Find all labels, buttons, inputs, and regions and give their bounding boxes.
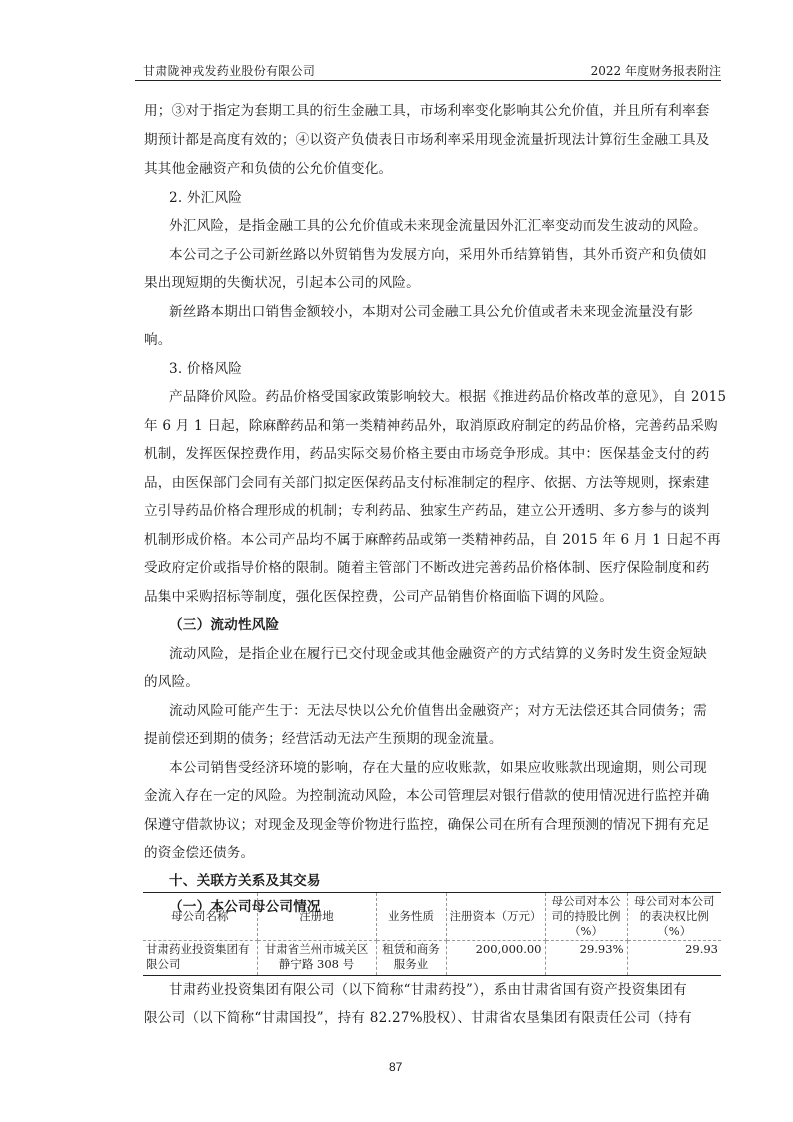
paragraph-line: 产品降价风险。药品价格受国家政策影响较大。根据《推进药品价格改革的意见》，自 2… [169,385,726,405]
paragraph-line: 响。 [144,328,172,348]
paragraph-line: 本公司销售受经济环境的影响，存在大量的应收账款，如果应收账款出现逾期，则公司现 [169,756,707,776]
paragraph-line: 本公司之子公司新丝路以外贸销售为发展方向，采用外币结算销售，其外币资产和负债如 [169,243,707,263]
paragraph-line: 甘肃药业投资集团有限公司（以下简称“甘肃药投”），系由甘肃省国有资产投资集团有 [169,978,687,998]
paragraph-line: 立引导药品价格合理形成的机制；专利药品、独家生产药品，建立公开透明、多方参与的谈… [144,499,710,519]
paragraph-line: 外汇风险，是指金融工具的公允价值或未来现金流量因外汇汇率变动而发生波动的风险。 [169,214,707,234]
col-header-location: 注册地 [257,893,376,941]
paragraph-line: 新丝路本期出口销售金额较小，本期对公司金融工具公允价值或者未来现金流量没有影 [169,300,693,320]
col-header-voting: 母公司对本公司的表决权比例（%） [627,893,721,941]
cell-business: 租赁和商务服务业 [376,941,446,976]
section-heading: 十、关联方关系及其交易 [169,869,321,889]
col-header-capital: 注册资本（万元） [446,893,545,941]
paragraph-line: 流动风险，是指企业在履行已交付现金或其他金融资产的方式结算的义务时发生资金短缺 [169,642,707,662]
cell-location: 甘肃省兰州市城关区静宁路 308 号 [257,941,376,976]
paragraph-line: 品集中采购招标等制度，强化医保控费，公司产品销售价格面临下调的风险。 [144,585,613,605]
cell-shareholding: 29.93% [545,941,627,976]
paragraph-line: 限公司（以下简称“甘肃国投”，持有 82.27%股权）、甘肃省农垦集团有限责任公… [144,1006,692,1026]
paragraph-line: 机制形成价格。本公司产品均不属于麻醉药品或第一类精神药品，自 2015 年 6 … [144,528,721,548]
parent-company-table: 母公司名称 注册地 业务性质 注册资本（万元） 母公司对本公司的持股比例（%） … [143,892,721,976]
paragraph-line: 金流入存在一定的风险。为控制流动风险，本公司管理层对银行借款的使用情况进行监控并… [144,784,710,804]
table-row: 甘肃药业投资集团有限公司 甘肃省兰州市城关区静宁路 308 号 租赁和商务服务业… [143,941,721,976]
paragraph-line: 其其他金融资产和负债的公允价值变化。 [144,157,392,177]
cell-voting: 29.93 [627,941,721,976]
paragraph-line: 年 6 月 1 日起，除麻醉药品和第一类精神药品外，取消原政府制定的药品价格，完… [144,414,718,434]
paragraph-line: 期预计都是高度有效的；④以资产负债表日市场利率采用现金流量折现法计算衍生金融工具… [144,128,710,148]
col-header-name: 母公司名称 [143,893,257,941]
header-report-title: 2022 年度财务报表附注 [591,62,721,79]
paragraph-line: 提前偿还到期的债务；经营活动无法产生预期的现金流量。 [144,727,503,747]
paragraph-line: 流动风险可能产生于：无法尽快以公允价值售出金融资产；对方无法偿还其合同债务；需 [169,699,707,719]
paragraph-line: 3. 价格风险 [169,357,242,377]
paragraph-line: 用；③对于指定为套期工具的衍生金融工具，市场利率变化影响其公允价值，并且所有利率… [144,99,710,119]
paragraph-line: 保遵守借款协议；对现金及现金等价物进行监控，确保公司在所有合理预测的情况下拥有充… [144,813,710,833]
table-header-row: 母公司名称 注册地 业务性质 注册资本（万元） 母公司对本公司的持股比例（%） … [143,893,721,941]
page-number: 87 [389,1060,402,1074]
paragraph-line: 品，由医保部门会同有关部门拟定医保药品支付标准制定的程序、依据、方法等规则，探索… [144,471,710,491]
col-header-business: 业务性质 [376,893,446,941]
document-page: 甘肃陇神戎发药业股份有限公司 2022 年度财务报表附注 用；③对于指定为套期工… [0,0,793,1122]
cell-name: 甘肃药业投资集团有限公司 [143,941,257,976]
paragraph-line: 受政府定价或指导价格的限制。随着主管部门不断改进完善药品价格体制、医疗保险制度和… [144,556,710,576]
col-header-shareholding: 母公司对本公司的持股比例（%） [545,893,627,941]
cell-capital: 200,000.00 [446,941,545,976]
paragraph-line: 2. 外汇风险 [169,186,242,206]
running-header: 甘肃陇神戎发药业股份有限公司 2022 年度财务报表附注 [135,60,721,81]
header-company-name: 甘肃陇神戎发药业股份有限公司 [143,62,315,79]
paragraph-line: 的资金偿还债务。 [144,841,254,861]
paragraph-line: 机制，发挥医保控费作用，药品实际交易价格主要由市场竞争形成。其中：医保基金支付的… [144,442,710,462]
paragraph-line: 果出现短期的失衡状况，引起本公司的风险。 [144,271,420,291]
paragraph-line: 的风险。 [144,670,199,690]
section-heading: （三）流动性风险 [169,613,279,633]
